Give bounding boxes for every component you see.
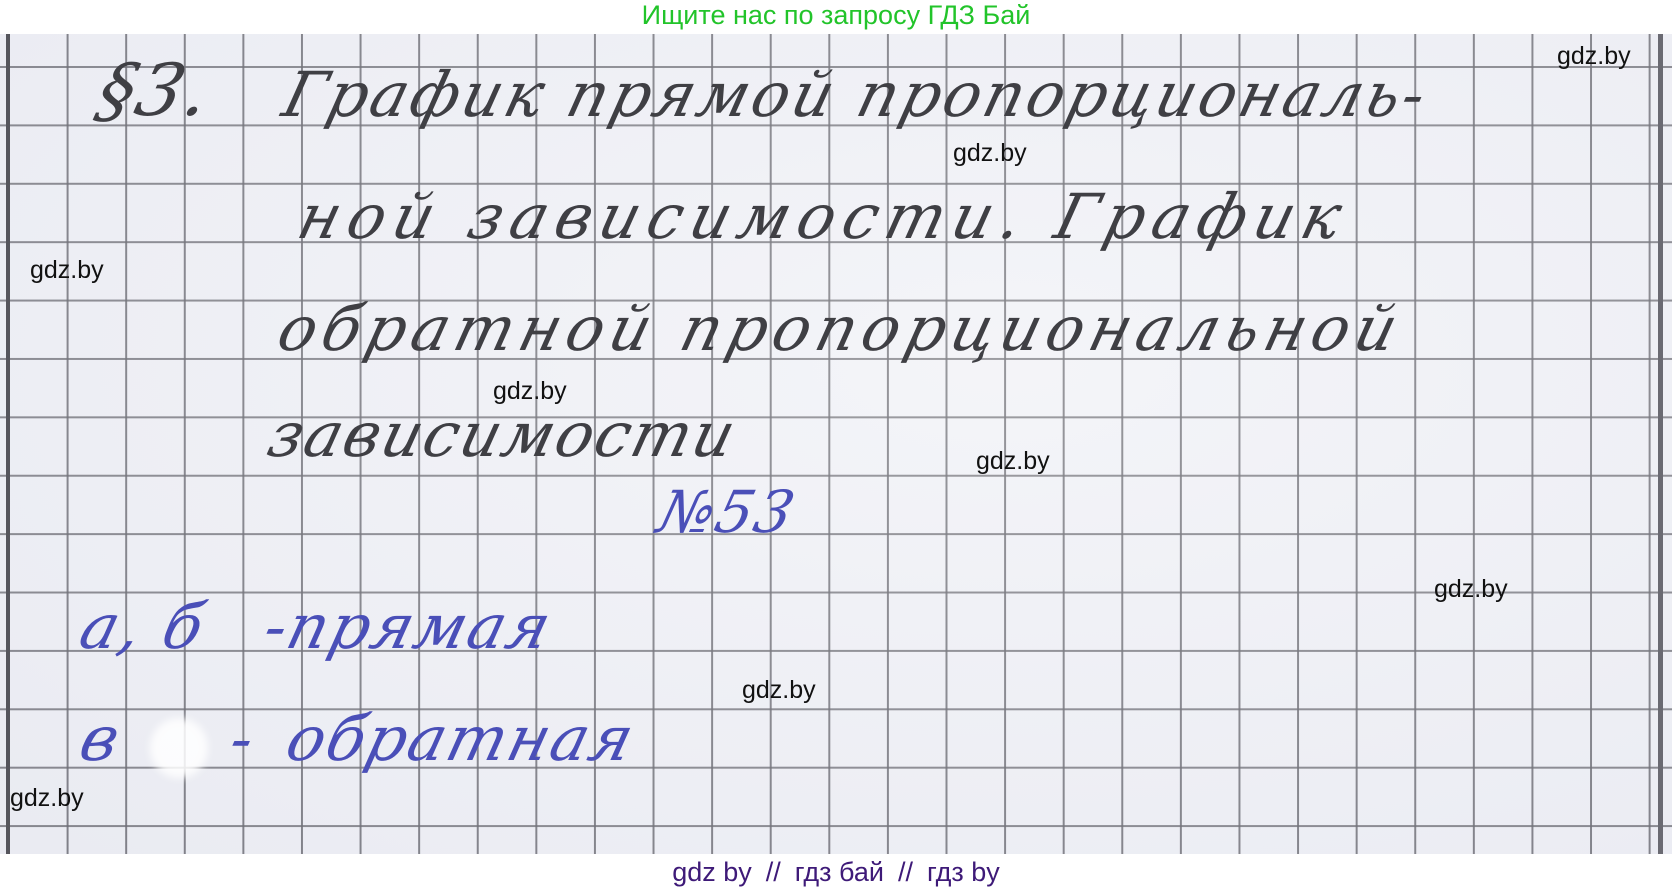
separator: // xyxy=(766,857,781,887)
site-link-gdz-bai[interactable]: гдз бай xyxy=(795,857,884,887)
answer-1-label: а, б xyxy=(73,590,213,663)
site-link-gdz-by-cyr[interactable]: гдз by xyxy=(927,857,1000,887)
section-heading: §3. xyxy=(90,48,222,132)
answer-2-text: обратная xyxy=(279,702,643,775)
watermark: gdz.by xyxy=(1557,42,1631,71)
title-line-2: ной зависимости. График xyxy=(291,180,1357,253)
top-banner: Ищите нас по запросу ГДЗ Бай xyxy=(0,0,1672,34)
paper-right-edge xyxy=(1658,34,1663,854)
exercise-number: №53 xyxy=(652,478,804,546)
watermark: gdz.by xyxy=(976,447,1050,476)
title-line-3: обратной пропорциональной xyxy=(271,292,1411,365)
paper-left-edge xyxy=(6,34,10,854)
title-line-1: График прямой пропорциональ- xyxy=(276,58,1437,131)
watermark: gdz.by xyxy=(30,256,104,285)
watermark: gdz.by xyxy=(953,139,1027,168)
separator: // xyxy=(898,857,913,887)
title-line-4: зависимости xyxy=(261,398,745,471)
search-hint-text: Ищите нас по запросу ГДЗ Бай xyxy=(642,0,1031,30)
watermark: gdz.by xyxy=(493,377,567,406)
answer-1-text: прямая xyxy=(280,590,560,663)
answer-row-2: в - обратная xyxy=(73,702,643,775)
watermark: gdz.by xyxy=(10,784,84,813)
watermark: gdz.by xyxy=(1434,575,1508,604)
answer-row-1: а, б -прямая xyxy=(73,590,560,663)
watermark: gdz.by xyxy=(742,676,816,705)
answer-2-dash: - xyxy=(223,702,264,775)
site-link-gdz-by[interactable]: gdz by xyxy=(672,857,752,887)
bottom-banner: gdz by//гдз бай//гдз by xyxy=(0,854,1672,891)
